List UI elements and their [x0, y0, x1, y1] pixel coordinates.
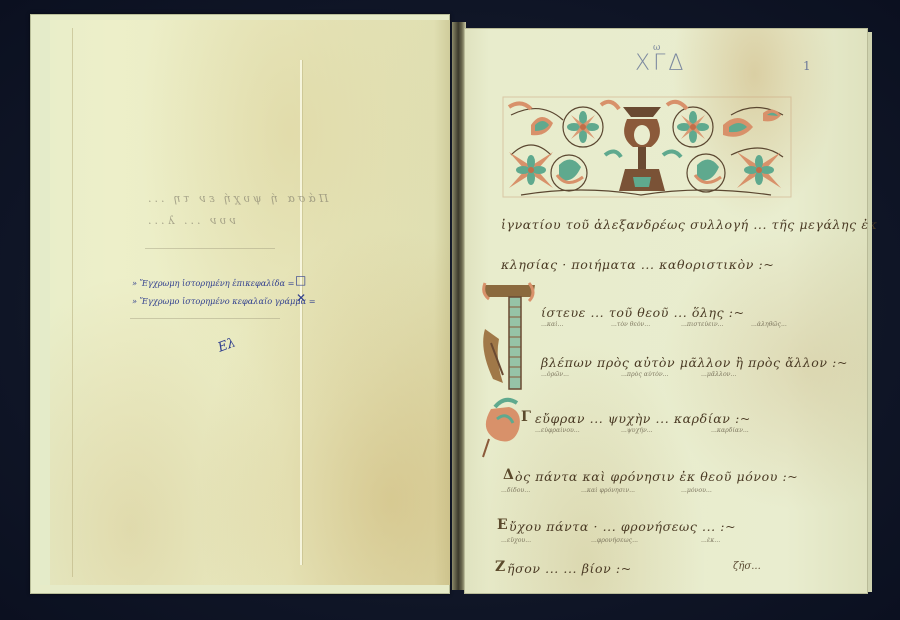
interlinear-gloss: ...φρονήσεως... [591, 537, 638, 544]
verse-line-2: βλέπων πρὸς αὐτὸν μᾶλλον ἢ πρὸς ἄλλον :~ [541, 355, 848, 370]
pencil-note-line-1: Πάσα ή ψυχή εν τη ... [145, 192, 328, 205]
interlinear-gloss: ...πρὸς αὐτὸν... [621, 371, 669, 378]
interlinear-gloss: ...πιστεύειν... [681, 321, 724, 328]
title-line-2: κλησίας · ποιήματα ... καθοριστικὸν :~ [501, 257, 774, 272]
page-edge [72, 28, 73, 577]
shelfmark: ΧΓΔ [635, 51, 686, 76]
title-line-1: ἰγνατίου τοῦ ἀλεξανδρέως συλλογή ... τῆς… [501, 217, 877, 232]
interlinear-gloss: ...μόνου... [681, 487, 712, 494]
decorated-initial-pi [479, 279, 539, 459]
ornamental-headpiece [501, 95, 793, 201]
page-fold [300, 60, 302, 565]
legend-cross-icon: ✕ [296, 291, 306, 305]
legend-note-headpiece: » Ἔγχρωμη ἱστορημένη ἐπικεφαλίδα = [132, 278, 295, 288]
verse-line-4: ὸς πάντα καὶ φρόνησιν ἐκ θεοῦ μόνου :~ [515, 469, 798, 484]
interlinear-gloss: ...ἀληθῶς... [751, 321, 787, 328]
pencil-rule [130, 318, 280, 319]
interlinear-gloss: ...καρδίαν... [711, 427, 749, 434]
initial-gamma: Γ [521, 409, 531, 425]
verse-line-1: ίστευε ... τοῦ θεοῦ ... ὅλης :~ [541, 305, 745, 320]
page-stack-edge [868, 32, 872, 592]
manuscript-text: ἰγνατίου τοῦ ἀλεξανδρέως συλλογή ... τῆς… [501, 209, 851, 589]
verse-line-5: ὔχου πάντα · ... φρονήσεως ... :~ [509, 519, 736, 534]
right-page: ω ΧΓΔ 1 [464, 28, 868, 594]
interlinear-gloss: ...μᾶλλον... [701, 371, 736, 378]
verse-line-6: ῆσον ... ... βίον :~ [507, 561, 632, 576]
legend-note-initial: » Ἔγχρωμο ἱστορημένο κεφαλαῖο γράμμα = [132, 296, 316, 306]
interlinear-gloss: ...εὔχου... [501, 537, 531, 544]
interlinear-gloss: ...δίδου... [501, 487, 530, 494]
interlinear-gloss: ...εὐφραίνου... [535, 427, 580, 434]
interlinear-gloss: ...τὸν θεὸν... [611, 321, 650, 328]
pencil-note-line-2: νυν ... λ... [145, 214, 236, 227]
verse-line-3: εὔφραν ... ψυχὴν ... καρδίαν :~ [535, 411, 751, 426]
pencil-stroke [145, 248, 275, 249]
interlinear-gloss: ...ὁρῶν... [541, 371, 569, 378]
initial-zeta: Ζ [495, 559, 505, 575]
interlinear-gloss: ...ψυχήν... [621, 427, 653, 434]
left-page: Πάσα ή ψυχή εν τη ... νυν ... λ... » Ἔγχ… [40, 20, 450, 585]
folio-number: 1 [803, 59, 811, 73]
catchword: ζῆσ... [733, 561, 761, 572]
interlinear-gloss: ...καὶ φρόνησιν... [581, 487, 635, 494]
initial-epsilon: Ε [497, 517, 508, 533]
legend-square-icon: □ [295, 273, 306, 287]
initial-delta: Δ [503, 467, 514, 483]
interlinear-gloss: ...ἐκ... [701, 537, 720, 544]
ink-initials: Ελ [216, 335, 238, 355]
vase-motif [619, 107, 665, 191]
interlinear-gloss: ...καὶ... [541, 321, 563, 328]
